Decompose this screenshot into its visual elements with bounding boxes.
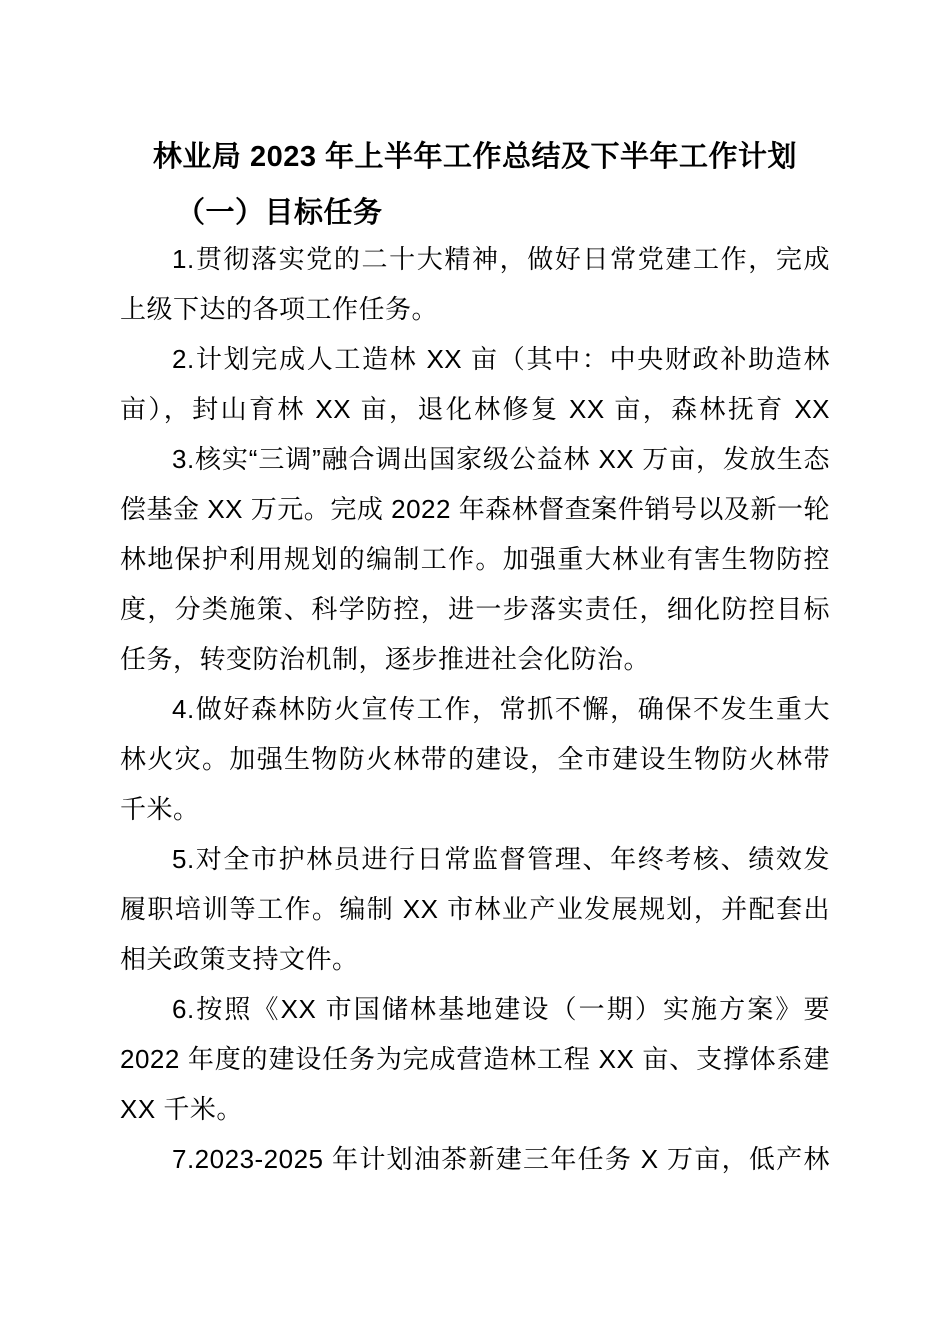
section-heading: （一）目标任务 — [120, 192, 830, 234]
paragraph-line: 偿基金 XX 万元。完成 2022 年森林督查案件销号以及新一轮 — [120, 484, 830, 534]
paragraph-line: XX 千米。 — [120, 1084, 830, 1134]
paragraph-line: 7.2023-2025 年计划油茶新建三年任务 X 万亩，低产林 — [120, 1134, 830, 1184]
document-page: 林业局 2023 年上半年工作总结及下半年工作计划 （一）目标任务 1.贯彻落实… — [0, 0, 950, 1344]
paragraph-line: 1.贯彻落实党的二十大精神，做好日常党建工作，完成好 — [120, 234, 830, 284]
paragraph: 2.计划完成人工造林 XX 亩（其中：中央财政补助造林 XX亩），封山育林 XX… — [120, 334, 830, 434]
paragraph-line: 千米。 — [120, 784, 830, 834]
paragraph-line: 3.核实“三调”融合调出国家级公益林 XX 万亩，发放生态补 — [120, 434, 830, 484]
paragraph-line: 2.计划完成人工造林 XX 亩（其中：中央财政补助造林 XX — [120, 334, 830, 384]
paragraph-line: 亩），封山育林 XX 亩，退化林修复 XX 亩，森林抚育 XX 亩。 — [120, 384, 830, 434]
document-title: 林业局 2023 年上半年工作总结及下半年工作计划 — [120, 136, 830, 178]
paragraph-line: 任务，转变防治机制，逐步推进社会化防治。 — [120, 634, 830, 684]
paragraph-line: 相关政策支持文件。 — [120, 934, 830, 984]
paragraph-line: 度，分类施策、科学防控，进一步落实责任，细化防控目标和 — [120, 584, 830, 634]
paragraph-line: 4.做好森林防火宣传工作，常抓不懈，确保不发生重大森 — [120, 684, 830, 734]
paragraph: 1.贯彻落实党的二十大精神，做好日常党建工作，完成好上级下达的各项工作任务。 — [120, 234, 830, 334]
paragraph: 6.按照《XX 市国储林基地建设（一期）实施方案》要求，2022 年度的建设任务… — [120, 984, 830, 1134]
paragraph: 7.2023-2025 年计划油茶新建三年任务 X 万亩，低产林 — [120, 1134, 830, 1184]
paragraph-line: 林地保护利用规划的编制工作。加强重大林业有害生物防控力 — [120, 534, 830, 584]
paragraph: 5.对全市护林员进行日常监督管理、年终考核、绩效发放、履职培训等工作。编制 XX… — [120, 834, 830, 984]
paragraph-line: 6.按照《XX 市国储林基地建设（一期）实施方案》要求， — [120, 984, 830, 1034]
paragraph: 3.核实“三调”融合调出国家级公益林 XX 万亩，发放生态补偿基金 XX 万元。… — [120, 434, 830, 684]
document-body: 1.贯彻落实党的二十大精神，做好日常党建工作，完成好上级下达的各项工作任务。2.… — [120, 234, 830, 1184]
paragraph: 4.做好森林防火宣传工作，常抓不懈，确保不发生重大森林火灾。加强生物防火林带的建… — [120, 684, 830, 834]
paragraph-line: 上级下达的各项工作任务。 — [120, 284, 830, 334]
paragraph-line: 5.对全市护林员进行日常监督管理、年终考核、绩效发放、 — [120, 834, 830, 884]
paragraph-line: 林火灾。加强生物防火林带的建设，全市建设生物防火林带 30 — [120, 734, 830, 784]
paragraph-line: 履职培训等工作。编制 XX 市林业产业发展规划，并配套出台 — [120, 884, 830, 934]
paragraph-line: 2022 年度的建设任务为完成营造林工程 XX 亩、支撑体系建设 — [120, 1034, 830, 1084]
